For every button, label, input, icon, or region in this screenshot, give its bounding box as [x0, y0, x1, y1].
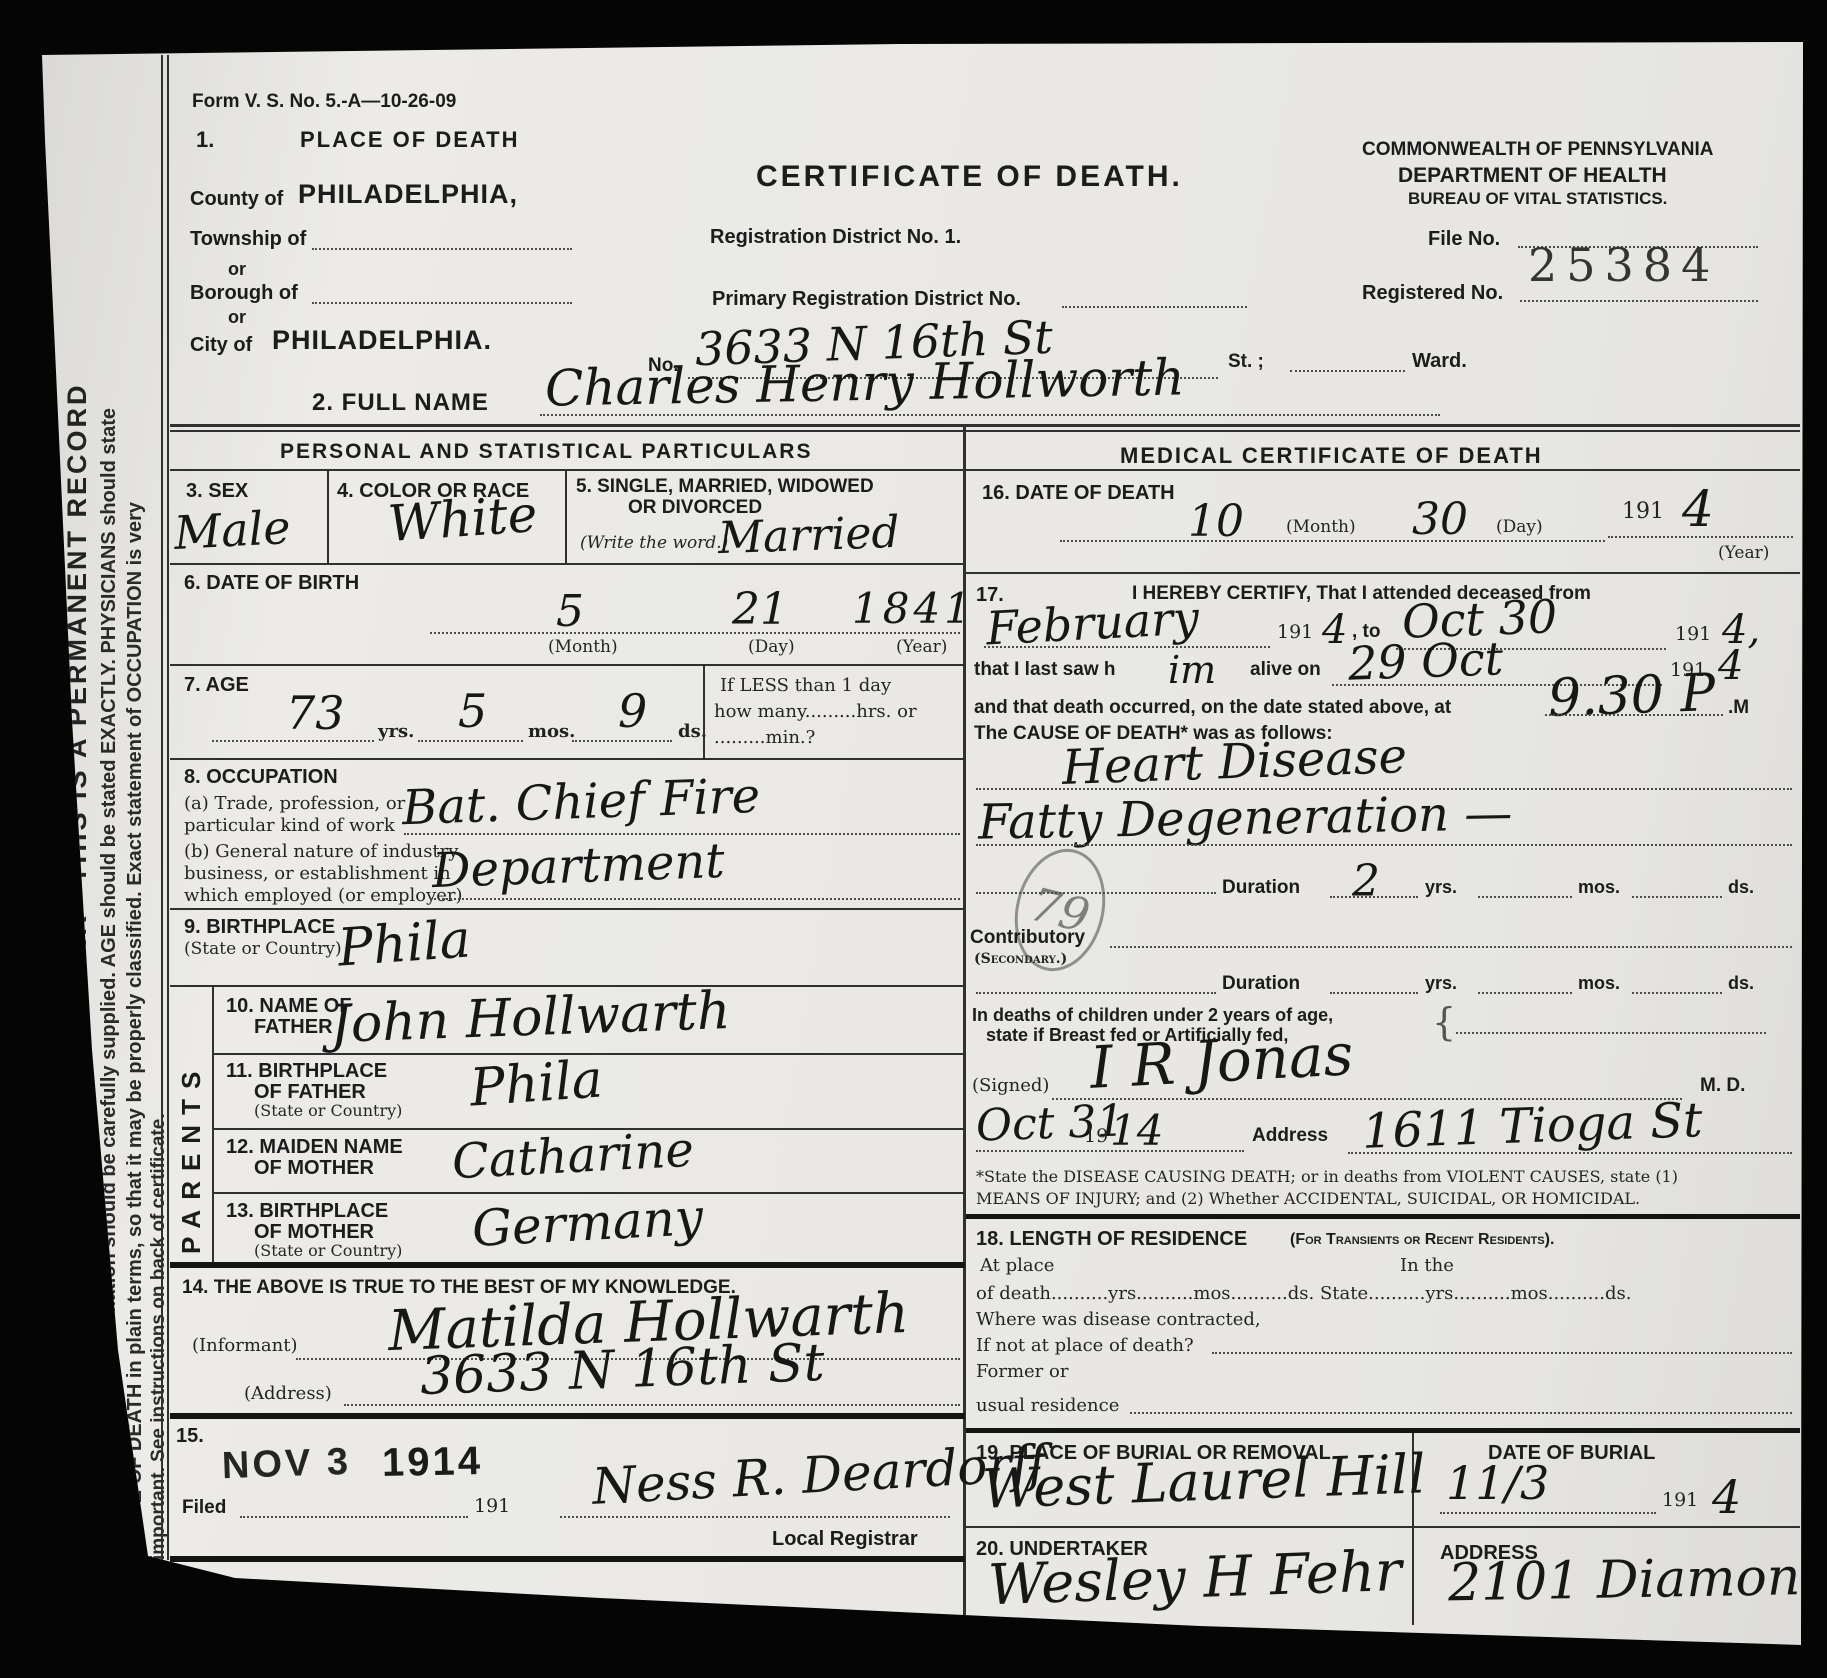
- filed-line: [240, 1516, 468, 1518]
- dod-day-handwriting: 30: [1412, 496, 1468, 544]
- to-19-preprint: 191: [1675, 624, 1711, 645]
- or-label: or: [228, 308, 246, 328]
- disease-contracted-label: Where was disease contracted,: [976, 1310, 1261, 1330]
- father-bp-label1: 11. BIRTHPLACE: [226, 1060, 387, 1082]
- band-rule: [170, 469, 1800, 471]
- saw-4-handwriting: 4: [1718, 644, 1743, 688]
- dob-label: 6. DATE OF BIRTH: [184, 572, 359, 594]
- fullname-handwriting: Charles Henry Hollworth: [545, 350, 1185, 416]
- marital-label: 5. SINGLE, MARRIED, WIDOWED: [576, 477, 874, 498]
- mother-name-label2: OF MOTHER: [254, 1157, 374, 1179]
- footnote-line2: MEANS OF INJURY; and (2) Whether ACCIDEN…: [976, 1190, 1640, 1208]
- registered-no-line: [1520, 300, 1758, 302]
- certificate-paper: WRITE PLAINLY, WITH UNFADING INK—THIS IS…: [0, 0, 1827, 1678]
- fullname-line: [540, 414, 1440, 416]
- township-line: [312, 248, 572, 250]
- township-label: Township of: [190, 228, 306, 250]
- row-rule: [966, 1526, 1800, 1528]
- duration-seg: [1632, 896, 1722, 898]
- physician-address-line: [1348, 1152, 1792, 1154]
- if-not-line: [1212, 1352, 1792, 1354]
- duration2-label: Duration: [1222, 974, 1300, 995]
- margin-note-cause: CAUSE OF DEATH in plain terms, so that i…: [124, 140, 147, 1560]
- form-number: Form V. S. No. 5.-A—10-26-09: [192, 92, 456, 113]
- undertaker-address-handwriting: 2101 Diamond: [1448, 1549, 1827, 1613]
- cell-divider: [327, 471, 329, 563]
- age-label: 7. AGE: [184, 674, 249, 696]
- row-rule: [966, 572, 1800, 574]
- duration2-yrs-label: yrs.: [1425, 974, 1457, 994]
- primary-registration-line: [1062, 306, 1247, 308]
- row-rule: [170, 664, 965, 666]
- filed-year-stamp: 1914: [382, 1439, 484, 1485]
- occupation-b-line: [430, 898, 960, 900]
- cause-line3-rule: [976, 892, 1216, 894]
- yrs-label: yrs.: [378, 722, 414, 742]
- at-place-label: At place: [980, 1256, 1054, 1276]
- if-not-label: If not at place of death?: [976, 1336, 1194, 1356]
- ward-line: [1290, 370, 1405, 372]
- birthplace-handwriting: Phila: [336, 911, 472, 977]
- birthplace-label: 9. BIRTHPLACE: [184, 916, 335, 938]
- dob-line: [430, 632, 960, 634]
- sex-label: 3. SEX: [186, 480, 248, 502]
- city-value: PHILADELPHIA.: [272, 326, 492, 356]
- duration2-seg: [1632, 992, 1722, 994]
- informant-address-handwriting: 3633 N 16th St: [419, 1335, 825, 1406]
- mother-name-handwriting: Catharine: [451, 1124, 695, 1189]
- item-15: 15.: [176, 1425, 204, 1447]
- dod-month-sublabel: (Month): [1286, 518, 1356, 537]
- footnote-line1: *State the DISEASE CAUSING DEATH; or in …: [976, 1168, 1678, 1186]
- row-rule: [170, 908, 965, 910]
- mother-bp-hint: (State or Country): [254, 1242, 402, 1260]
- mother-name-label1: 12. MAIDEN NAME: [226, 1136, 403, 1158]
- year-sublabel: (Year): [896, 638, 947, 657]
- parents-vertical-label: PARENTS: [176, 984, 207, 1254]
- duration2-seg: [1330, 992, 1418, 994]
- children-note-line1: In deaths of children under 2 years of a…: [972, 1006, 1333, 1026]
- duration-label: Duration: [1222, 878, 1300, 899]
- address-line: [344, 1404, 960, 1406]
- occupation-b-label3: which employed (or employer): [184, 886, 463, 906]
- occupation-b-label2: business, or establishment in: [184, 864, 451, 884]
- heavy-rule: [170, 1413, 965, 1419]
- secondary-label: (Secondary.): [974, 952, 1067, 967]
- father-bp-handwriting: Phila: [468, 1051, 604, 1117]
- certificate-title: CERTIFICATE OF DEATH.: [756, 160, 1183, 193]
- burial-4-handwriting: 4: [1712, 1472, 1741, 1523]
- residence-sublabel: (For Transients or Recent Residents).: [1290, 1231, 1554, 1249]
- occupation-b-label1: (b) General nature of industry: [184, 842, 458, 862]
- last-saw-date-handwriting: 29 Oct: [1347, 633, 1504, 689]
- margin-rule: [161, 55, 163, 1560]
- place-of-death-heading: PLACE OF DEATH: [300, 128, 519, 152]
- children-brace: {: [1432, 1002, 1456, 1044]
- row-rule: [170, 758, 965, 760]
- dod-year-line: [1608, 536, 1793, 538]
- cell-divider: [703, 666, 705, 758]
- scanned-death-certificate: WRITE PLAINLY, WITH UNFADING INK—THIS IS…: [0, 0, 1827, 1678]
- margin-rule: [167, 55, 169, 1560]
- duration2-ds-label: ds.: [1728, 974, 1754, 994]
- age-line: [418, 740, 523, 742]
- father-name-label2: FATHER: [254, 1016, 333, 1038]
- last-saw-statement: that I last saw h: [974, 660, 1115, 681]
- duration-years-handwriting: 2: [1352, 858, 1380, 906]
- attended-from-line: [984, 646, 1270, 648]
- day-sublabel: (Day): [748, 638, 795, 657]
- heavy-rule: [966, 1428, 1800, 1433]
- contributory-line: [1110, 946, 1792, 948]
- registrar-line: [560, 1516, 950, 1518]
- contributory-label: Contributory: [970, 928, 1085, 949]
- dob-year-handwriting: 1841: [852, 586, 975, 632]
- occupation-label: 8. OCCUPATION: [184, 766, 338, 788]
- county-label: County of: [190, 188, 283, 210]
- dod-year-preprint: 191: [1622, 500, 1664, 524]
- father-bp-hint: (State or Country): [254, 1102, 402, 1120]
- sex-handwriting: Male: [173, 502, 292, 559]
- borough-label: Borough of: [190, 282, 298, 304]
- department-line: DEPARTMENT OF HEALTH: [1398, 164, 1667, 187]
- children-line: [1456, 1032, 1766, 1034]
- duration2-seg: [1478, 992, 1572, 994]
- county-value: PHILADELPHIA,: [298, 180, 518, 210]
- former-label: Former or: [976, 1362, 1068, 1382]
- occupation-b-handwriting: Department: [431, 835, 725, 898]
- dod-label: 16. DATE OF DEATH: [982, 482, 1175, 504]
- burial-date-line: [1440, 1512, 1656, 1514]
- race-handwriting: White: [386, 487, 539, 552]
- commonwealth-line: COMMONWEALTH OF PENNSYLVANIA: [1362, 140, 1713, 161]
- dod-year-handwriting: 4: [1682, 482, 1714, 537]
- age-line: [572, 740, 672, 742]
- age-days-handwriting: 9: [618, 686, 647, 737]
- cell-divider: [565, 471, 567, 563]
- fullname-label: 2. FULL NAME: [312, 390, 489, 416]
- medical-section-title: MEDICAL CERTIFICATE OF DEATH: [1120, 444, 1543, 468]
- duration-seg: [1478, 896, 1572, 898]
- heavy-rule: [170, 1556, 965, 1562]
- signed-label: (Signed): [972, 1076, 1049, 1096]
- heavy-rule: [966, 1214, 1800, 1219]
- duration-seg: [1330, 896, 1418, 898]
- undertaker-handwriting: Wesley H Fehr: [987, 1541, 1403, 1617]
- mother-bp-label2: OF MOTHER: [254, 1221, 374, 1243]
- address-label: (Address): [244, 1384, 332, 1404]
- usual-residence-line: [1130, 1412, 1792, 1414]
- physician-address-handwriting: 1611 Tioga St: [1361, 1094, 1703, 1159]
- age-months-handwriting: 5: [458, 686, 487, 737]
- usual-residence-label: usual residence: [976, 1396, 1119, 1416]
- age-line: [212, 740, 374, 742]
- md-label: M. D.: [1700, 1076, 1745, 1097]
- filed-19-preprint: 191: [474, 1496, 510, 1517]
- signed-19-preprint: 19: [1084, 1126, 1108, 1147]
- m-label: .M: [1728, 698, 1749, 719]
- personal-section-title: PERSONAL AND STATISTICAL PARTICULARS: [280, 440, 812, 463]
- parents-divider: [212, 985, 214, 1263]
- primary-registration: Primary Registration District No.: [712, 288, 1021, 310]
- residence-duration-line: of death..........yrs..........mos......…: [976, 1284, 1631, 1304]
- st-label: St. ;: [1228, 352, 1264, 373]
- mother-bp-label1: 13. BIRTHPLACE: [226, 1200, 388, 1222]
- physician-signature: I R Jonas: [1089, 1023, 1355, 1100]
- file-no-label: File No.: [1428, 228, 1500, 250]
- signed-14-handwriting: 14: [1110, 1108, 1163, 1154]
- less-than-line2: how many.........hrs. or: [714, 702, 917, 722]
- last-saw-him-handwriting: im: [1168, 650, 1216, 692]
- father-name-handwriting: John Hollwarth: [329, 983, 731, 1054]
- filed-date-stamp: NOV 3: [221, 1442, 351, 1488]
- duration-mos-label: mos.: [1578, 878, 1620, 898]
- item-1: 1.: [196, 128, 214, 152]
- duration2-mos-label: mos.: [1578, 974, 1620, 994]
- heavy-rule: [170, 1262, 965, 1268]
- city-label: City of: [190, 334, 252, 356]
- borough-line: [312, 302, 572, 304]
- band-rule: [170, 424, 1800, 427]
- father-bp-label2: OF FATHER: [254, 1081, 366, 1103]
- death-occurred-statement: and that death occurred, on the date sta…: [974, 698, 1451, 719]
- birthplace-hint: (State or Country): [184, 940, 342, 959]
- bureau-line: BUREAU OF VITAL STATISTICS.: [1408, 190, 1667, 209]
- attended-from-handwriting: February: [985, 592, 1200, 654]
- dob-day-handwriting: 21: [732, 586, 788, 634]
- occupation-a-label1: (a) Trade, profession, or: [184, 794, 405, 814]
- age-years-handwriting: 73: [286, 688, 345, 739]
- alive-on-statement: alive on: [1250, 660, 1321, 681]
- duration-yrs-label: yrs.: [1425, 878, 1457, 898]
- burial-date-handwriting: 11/3: [1446, 1458, 1549, 1509]
- dob-month-handwriting: 5: [556, 588, 584, 636]
- cause-line2-handwriting: Fatty Degeneration —: [978, 787, 1513, 849]
- duration2-lead: [976, 992, 1216, 994]
- cause-line1-handwriting: Heart Disease: [1061, 730, 1408, 795]
- row-rule: [170, 563, 965, 565]
- address-label: Address: [1252, 1126, 1328, 1147]
- margin-note-write-plainly: WRITE PLAINLY, WITH UNFADING INK—THIS IS…: [62, 140, 93, 1500]
- from-4-handwriting: 4: [1322, 608, 1347, 652]
- from-19-preprint: 191: [1277, 622, 1313, 643]
- ward-label: Ward.: [1412, 350, 1467, 372]
- death-time-line: [1545, 714, 1723, 716]
- less-than-line1: If LESS than 1 day: [720, 676, 891, 696]
- registration-district: Registration District No. 1.: [710, 226, 961, 248]
- in-the-label: In the: [1400, 1256, 1454, 1276]
- month-sublabel: (Month): [548, 638, 618, 657]
- occupation-a-label2: particular kind of work: [184, 816, 395, 836]
- death-time-handwriting: 9.30 P: [1547, 665, 1716, 728]
- band-rule: [170, 430, 1800, 432]
- registered-no-label: Registered No.: [1362, 282, 1503, 304]
- burial-place-handwriting: West Laurel Hill: [981, 1444, 1426, 1519]
- registrar-label: Local Registrar: [772, 1528, 918, 1550]
- residence-label: 18. LENGTH OF RESIDENCE: [976, 1228, 1247, 1250]
- burial-19-preprint: 191: [1662, 1490, 1698, 1511]
- write-word-hint: (Write the word.): [580, 534, 728, 553]
- margin-note-nb: N. B.—Every item of information should b…: [98, 140, 121, 1560]
- dod-line: [1060, 540, 1605, 542]
- less-than-line3: .........min.?: [714, 728, 815, 748]
- informant-label: (Informant): [192, 1336, 297, 1356]
- dod-day-sublabel: (Day): [1496, 518, 1543, 537]
- filed-label: Filed: [182, 1498, 226, 1519]
- cause-line2-rule: [976, 844, 1792, 846]
- mother-bp-handwriting: Germany: [471, 1190, 705, 1257]
- file-number-stamp: 25384: [1528, 240, 1719, 291]
- or-label: or: [228, 260, 246, 280]
- occupation-a-handwriting: Bat. Chief Fire: [401, 770, 761, 835]
- dod-year-sublabel: (Year): [1718, 544, 1769, 563]
- signed-date-line: [976, 1150, 1244, 1152]
- mos-label: mos.: [528, 722, 575, 742]
- duration-ds-label: ds.: [1728, 878, 1754, 898]
- marital-handwriting: Married: [717, 509, 900, 564]
